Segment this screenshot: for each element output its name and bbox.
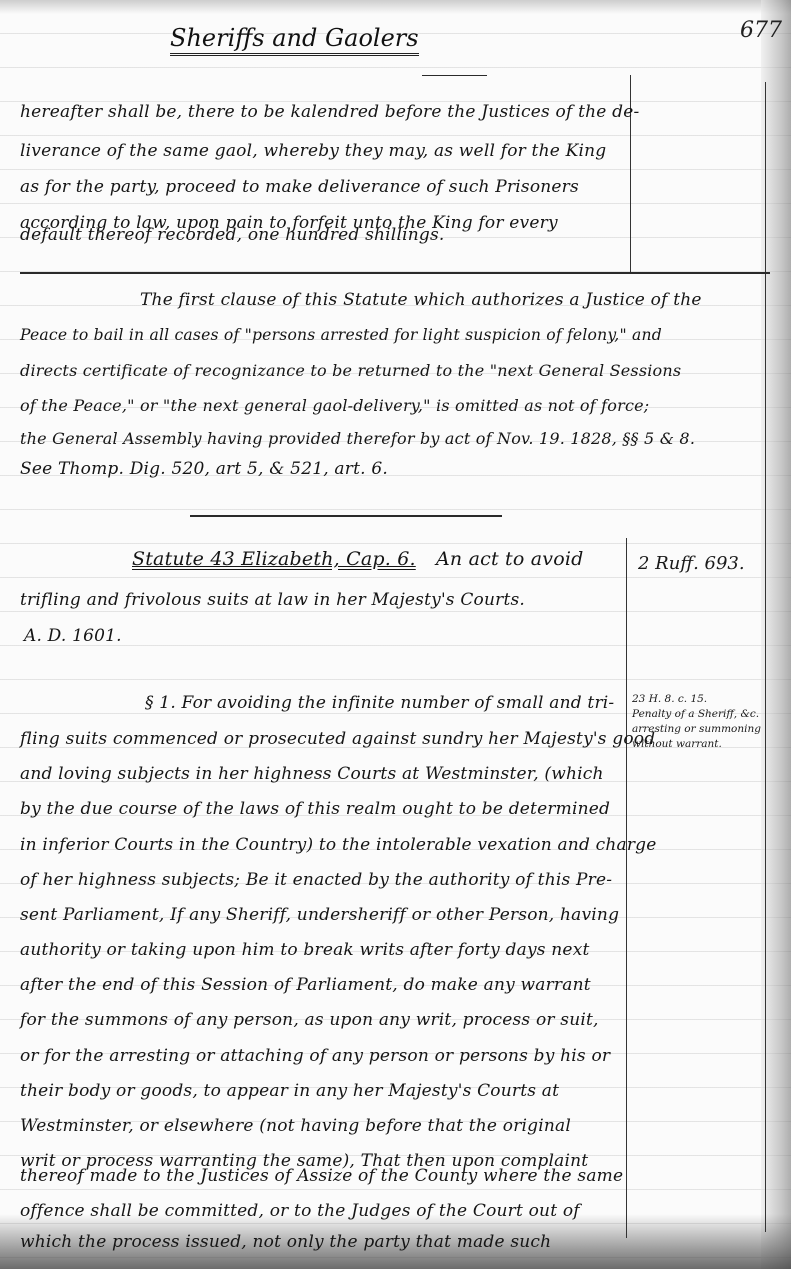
margin-note-line: Penalty of a Sheriff, &c. — [632, 707, 761, 722]
text-line: of her highness subjects; Be it enacted … — [20, 870, 612, 890]
text-line: their body or goods, to appear in any he… — [20, 1081, 559, 1101]
text-line: for the summons of any person, as upon a… — [20, 1010, 599, 1030]
text-line: after the end of this Session of Parliam… — [20, 975, 591, 995]
text-line: and loving subjects in her highness Cour… — [20, 764, 604, 784]
page-shadow-top — [0, 0, 791, 14]
text-line: authority or taking upon him to break wr… — [20, 940, 590, 960]
text-line: directs certificate of recognizance to b… — [20, 361, 681, 380]
page-title: Sheriffs and Gaolers — [170, 24, 419, 56]
margin-note: 23 H. 8. c. 15. Penalty of a Sheriff, &c… — [632, 692, 761, 752]
text-line: fling suits commenced or prosecuted agai… — [20, 729, 655, 749]
margin-note-line: 23 H. 8. c. 15. — [632, 692, 761, 707]
statute-heading-line: Statute 43 Elizabeth, Cap. 6. An act to … — [132, 548, 584, 570]
text-line: See Thomp. Dig. 520, art 5, & 521, art. … — [20, 459, 388, 479]
statute-heading-rest: An act to avoid — [436, 548, 584, 570]
text-line: which the process issued, not only the p… — [20, 1232, 551, 1252]
manuscript-page: Sheriffs and Gaolers 677 hereafter shall… — [0, 0, 791, 1269]
text-line: in inferior Courts in the Country) to th… — [20, 835, 657, 855]
text-line: hereafter shall be, there to be kalendre… — [20, 102, 639, 122]
section-divider — [20, 272, 770, 274]
text-line: the General Assembly having provided the… — [20, 429, 695, 448]
text-line: Peace to bail in all cases of "persons a… — [20, 326, 662, 344]
text-line: trifling and frivolous suits at law in h… — [20, 590, 525, 610]
margin-note-line: without warrant. — [632, 737, 761, 752]
text-line: Westminster, or elsewhere (not having be… — [20, 1116, 571, 1136]
text-line: liverance of the same gaol, whereby they… — [20, 141, 606, 161]
margin-rule-bottom — [626, 538, 627, 1238]
text-line: of the Peace," or "the next general gaol… — [20, 396, 649, 415]
note-end-rule — [190, 515, 502, 517]
margin-reference: 2 Ruff. 693. — [638, 553, 745, 574]
statute-date: A. D. 1601. — [24, 626, 122, 646]
outer-margin-rule — [765, 82, 766, 1232]
statute-heading: Statute 43 Elizabeth, Cap. 6. — [132, 548, 416, 570]
page-number: 677 — [740, 18, 782, 43]
text-line: by the due course of the laws of this re… — [20, 799, 610, 819]
text-line: § 1. For avoiding the infinite number of… — [145, 693, 614, 713]
text-line: The first clause of this Statute which a… — [140, 290, 702, 310]
text-line: as for the party, proceed to make delive… — [20, 177, 579, 197]
title-tail-rule — [422, 75, 487, 76]
margin-note-line: arresting or summoning — [632, 722, 761, 737]
text-line: default thereof recorded, one hundred sh… — [20, 225, 444, 245]
text-line: offence shall be committed, or to the Ju… — [20, 1201, 580, 1221]
text-line: or for the arresting or attaching of any… — [20, 1046, 610, 1066]
text-line: thereof made to the Justices of Assize o… — [20, 1166, 623, 1186]
text-line: sent Parliament, If any Sheriff, undersh… — [20, 905, 619, 925]
